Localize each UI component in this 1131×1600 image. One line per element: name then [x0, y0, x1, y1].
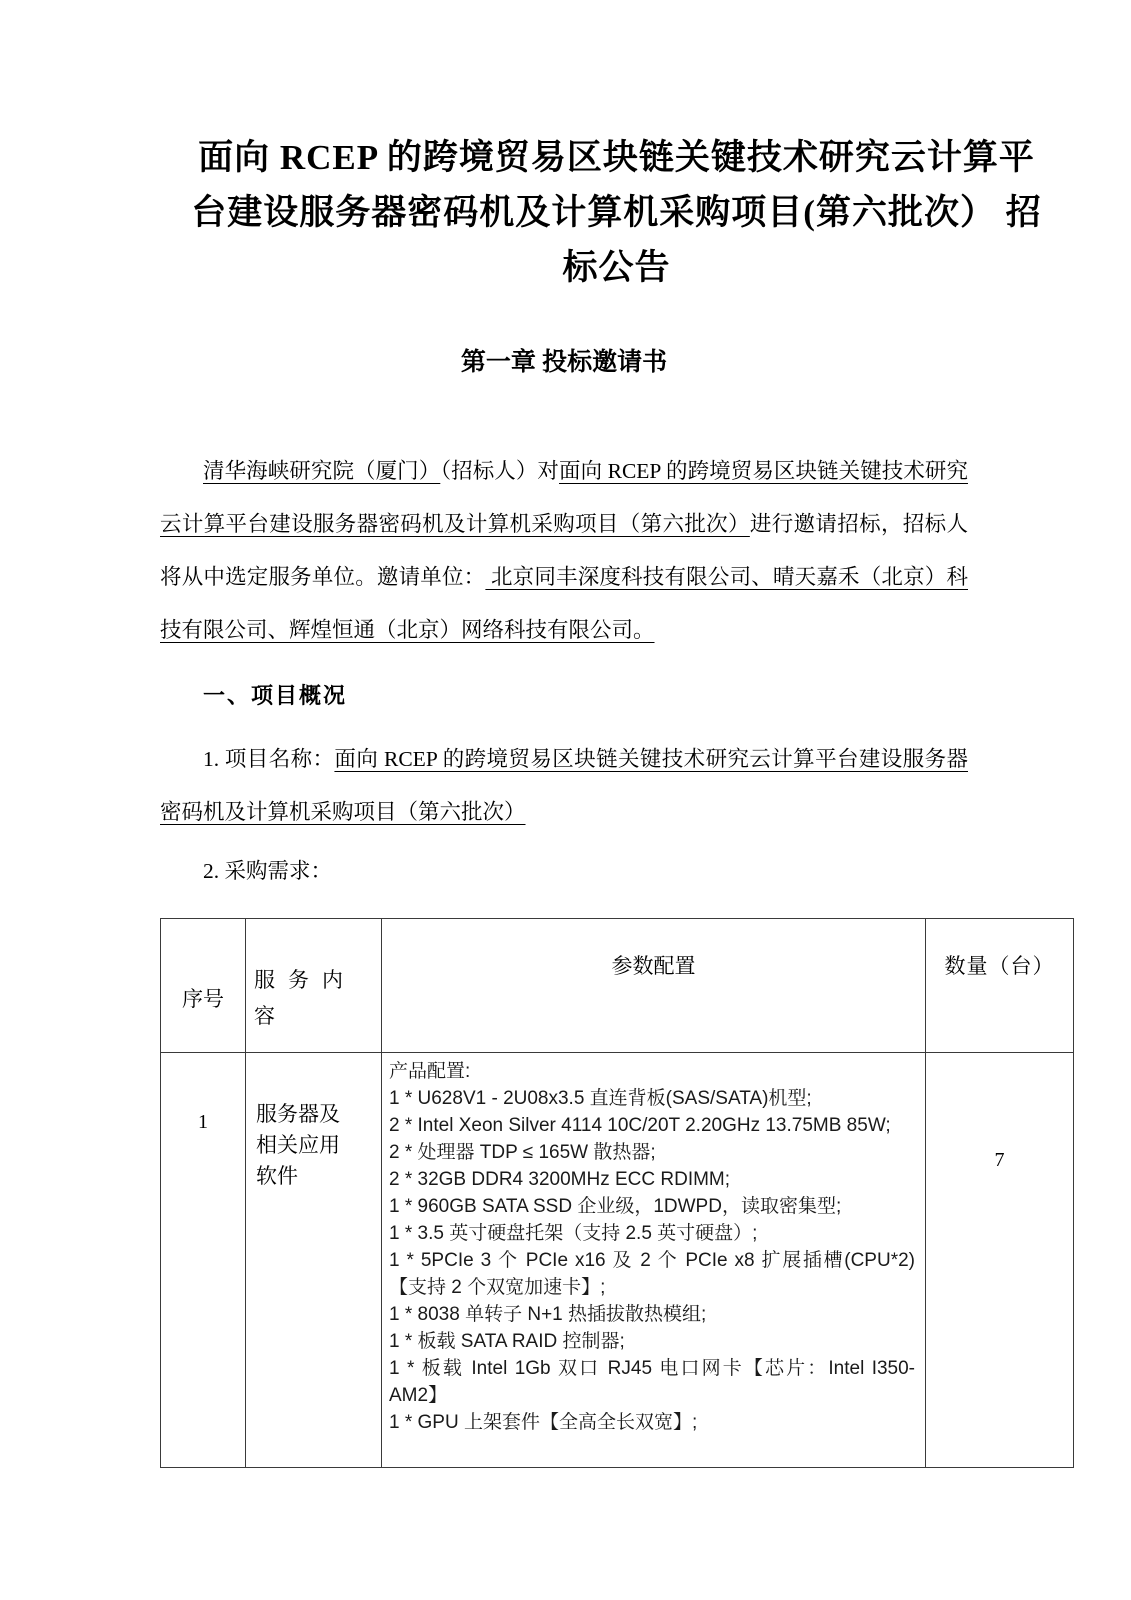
spec-line: 1 * 板载 SATA RAID 控制器; [389, 1328, 915, 1355]
header-cell-service: 服务内容 [246, 919, 382, 1053]
spec-line: 1 * 板载 Intel 1Gb 双口 RJ45 电口网卡【芯片：Intel I… [389, 1355, 915, 1409]
document-page: 面向 RCEP 的跨境贸易区块链关键技术研究云计算平台建设服务器密码机及计算机采… [0, 0, 1131, 1600]
tenderer-suffix: （招标人）对 [440, 459, 559, 483]
spec-line: 1 * GPU 上架套件【全高全长双宽】; [389, 1409, 915, 1436]
spec-line: 1 * 5PCIe 3 个 PCIe x16 及 2 个 PCIe x8 扩展插… [389, 1247, 915, 1301]
spec-line: 2 * 处理器 TDP ≤ 165W 散热器; [389, 1139, 915, 1166]
row-cell-qty: 7 [926, 1053, 1074, 1468]
document-title: 面向 RCEP 的跨境贸易区块链关键技术研究云计算平台建设服务器密码机及计算机采… [187, 130, 1047, 295]
row-cell-service: 服务器及相关应用软件 [246, 1053, 382, 1468]
header-cell-qty: 数量（台） [926, 919, 1074, 1053]
intro-paragraph: 清华海峡研究院（厦门）（招标人）对面向 RCEP 的跨境贸易区块链关键技术研究云… [160, 445, 968, 657]
header-cell-no: 序号 [161, 919, 246, 1053]
row-cell-no: 1 [161, 1053, 246, 1468]
chapter-heading: 第一章 投标邀请书 [160, 347, 968, 379]
spec-line: 1 * 3.5 英寸硬盘托架（支持 2.5 英寸硬盘）; [389, 1220, 915, 1247]
tenderer-name: 清华海峡研究院（厦门） [203, 459, 440, 483]
item2-label: 2. 采购需求： [203, 859, 332, 883]
item1-label: 1. 项目名称： [203, 747, 334, 771]
spec-line: 产品配置: [389, 1058, 915, 1085]
row-cell-specs: 产品配置: 1 * U628V1 - 2U08x3.5 直连背板(SAS/SAT… [382, 1053, 926, 1468]
spec-line: 1 * 960GB SATA SSD 企业级，1DWPD，读取密集型; [389, 1193, 915, 1220]
section-heading-project-overview: 一、项目概况 [160, 681, 968, 711]
procurement-demand-item: 2. 采购需求： [160, 845, 968, 898]
header-cell-specs: 参数配置 [382, 919, 926, 1053]
spec-line: 2 * Intel Xeon Silver 4114 10C/20T 2.20G… [389, 1112, 915, 1139]
spec-line: 1 * U628V1 - 2U08x3.5 直连背板(SAS/SATA)机型; [389, 1085, 915, 1112]
spec-line: 1 * 8038 单转子 N+1 热插拔散热模组; [389, 1301, 915, 1328]
procurement-table: 序号 服务内容 参数配置 数量（台） 1 服务器及相关应用软件 产品配置: 1 … [160, 918, 1074, 1468]
table-row: 1 服务器及相关应用软件 产品配置: 1 * U628V1 - 2U08x3.5… [161, 1053, 1074, 1468]
spec-line: 2 * 32GB DDR4 3200MHz ECC RDIMM; [389, 1166, 915, 1193]
project-name-item: 1. 项目名称：面向 RCEP 的跨境贸易区块链关键技术研究云计算平台建设服务器… [160, 733, 968, 839]
table-header-row: 序号 服务内容 参数配置 数量（台） [161, 919, 1074, 1053]
